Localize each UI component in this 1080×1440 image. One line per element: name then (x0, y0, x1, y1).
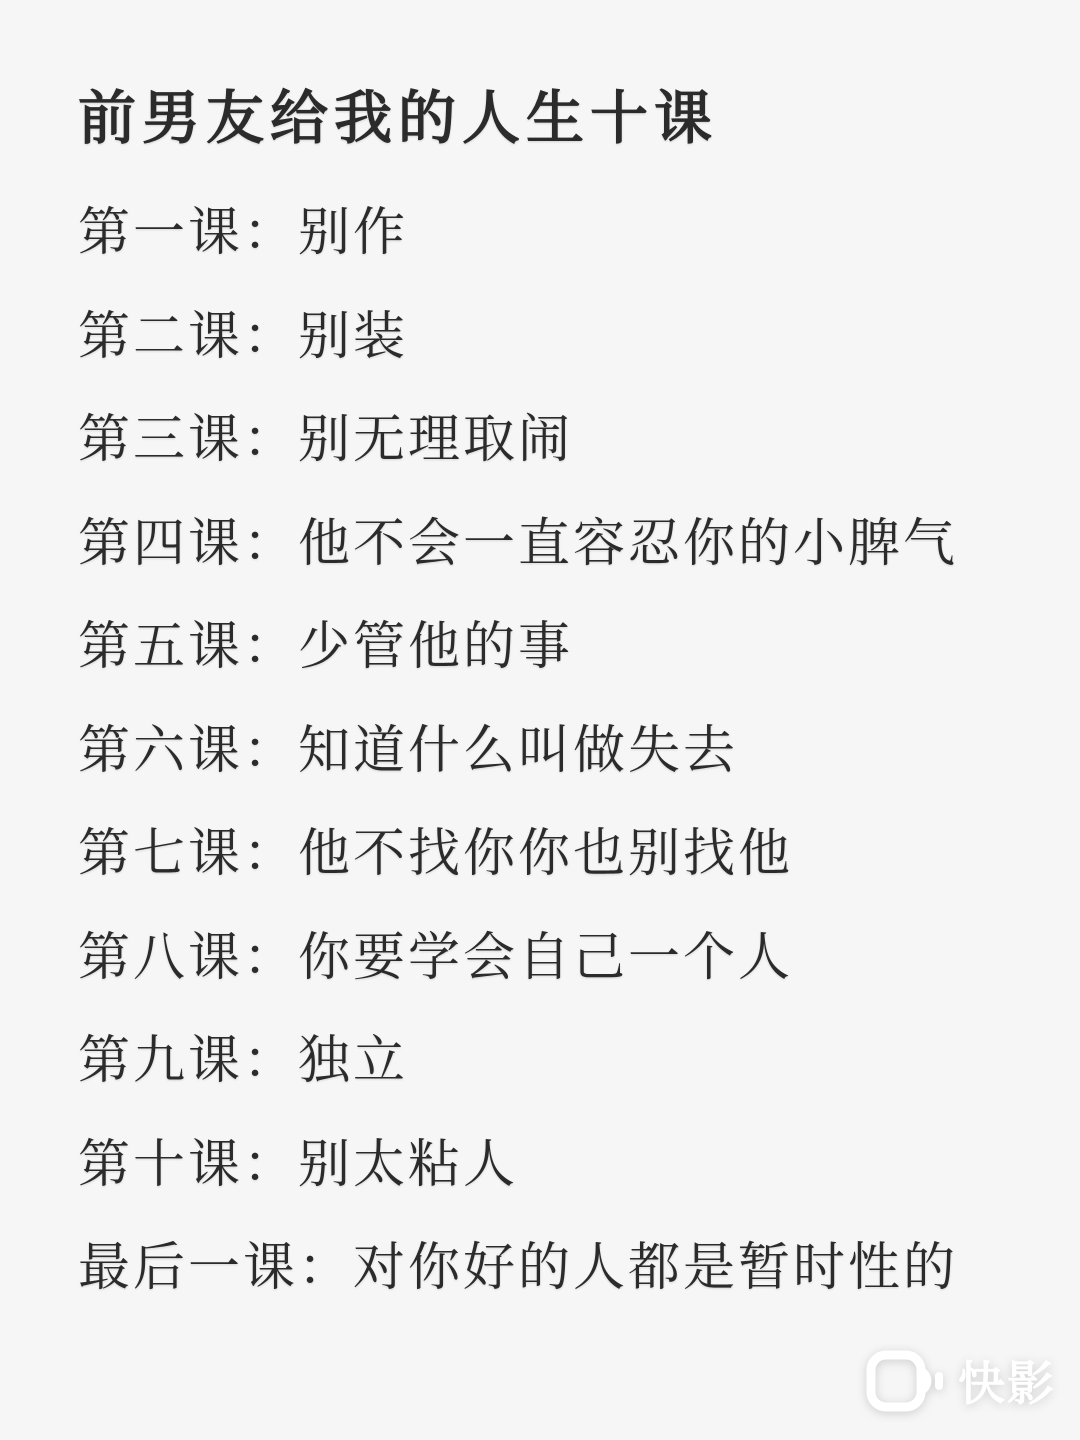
lesson-line: 最后一课：对你好的人都是暂时性的 (78, 1240, 1060, 1344)
lesson-line: 第一课：别作 (78, 205, 1060, 309)
lesson-line: 第八课：你要学会自己一个人 (78, 930, 1060, 1034)
text-card-page: 前男友给我的人生十课 第一课：别作 第二课：别装 第三课：别无理取闹 第四课：他… (0, 0, 1080, 1440)
lesson-list: 第一课：别作 第二课：别装 第三课：别无理取闹 第四课：他不会一直容忍你的小脾气… (78, 205, 1060, 1344)
watermark-app-name: 快影 (958, 1360, 1056, 1407)
lesson-line: 第三课：别无理取闹 (78, 412, 1060, 516)
lesson-line: 第十课：别太粘人 (78, 1137, 1060, 1241)
lesson-line: 第六课：知道什么叫做失去 (78, 723, 1060, 827)
video-camera-icon (866, 1350, 944, 1417)
lesson-line: 第四课：他不会一直容忍你的小脾气 (78, 516, 1060, 620)
lesson-line: 第二课：别装 (78, 309, 1060, 413)
lesson-line: 第五课：少管他的事 (78, 619, 1060, 723)
lesson-line: 第七课：他不找你你也别找他 (78, 826, 1060, 930)
page-title: 前男友给我的人生十课 (78, 86, 718, 153)
lesson-line: 第九课：独立 (78, 1033, 1060, 1137)
app-watermark: 快影 (866, 1350, 1056, 1417)
